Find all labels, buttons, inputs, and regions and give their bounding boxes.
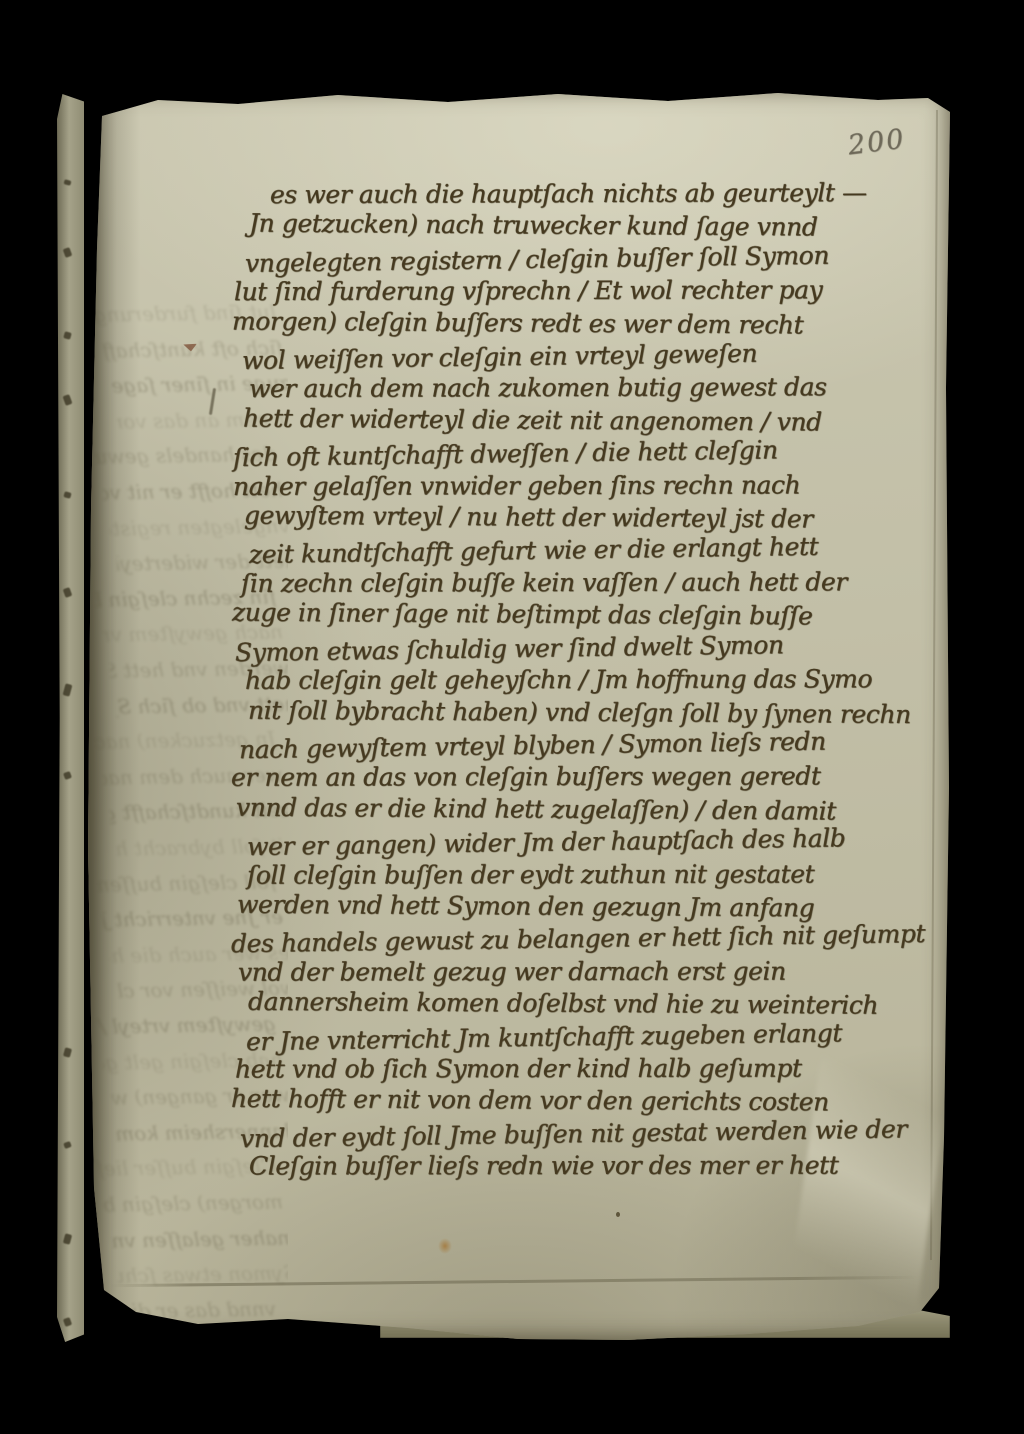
manuscript-text-line: naher gelaſſen vnwider geben ſins rechn … — [233, 469, 948, 503]
manuscript-text-line: lut ſind furderung vſprechn / Et wol rec… — [234, 274, 948, 309]
ink-tick-mark — [63, 587, 73, 598]
ink-tick-mark — [63, 491, 71, 499]
ink-tick-mark — [63, 331, 72, 340]
folio-number: 200 — [846, 125, 907, 162]
ink-tick-mark — [63, 1233, 72, 1244]
ink-tick-mark — [63, 771, 72, 780]
manuscript-text-line: vnd der bemelt gezug wer darnach erst ge… — [238, 955, 948, 989]
photo-backdrop: 200 lut ſind furderung vſprechn / Et wol… — [0, 0, 1024, 1434]
manuscript-text-block: es wer auch die hauptſach nichts ab geur… — [248, 178, 948, 1183]
manuscript-text-line: es wer auch die hauptſach nichts ab geur… — [270, 177, 948, 212]
ink-tick-mark — [63, 1317, 72, 1327]
ink-dot — [616, 1212, 620, 1217]
ink-tick-mark — [63, 683, 73, 696]
bleed-through-text: morgen) cleſgin buſſers redt es wer dem … — [103, 1188, 283, 1219]
manuscript-text-line: wer er gangen) wider Jm der hauptſach de… — [247, 821, 948, 864]
manuscript-text-line: ſoll cleſgin buſſen der eydt zuthun nit … — [247, 858, 948, 892]
stain-spot — [438, 1238, 452, 1254]
manuscript-text-line: wer auch dem nach zukomen butig gewest d… — [249, 371, 948, 406]
manuscript-text-line: ſin zechn cleſgin buſſe kein vaſſen / au… — [241, 566, 948, 600]
previous-page-edge — [57, 94, 84, 1342]
ink-tick-mark — [63, 394, 73, 406]
ink-tick-mark — [63, 179, 71, 186]
bleed-through-text: Symon etwas ſchuldig wer ſind dwelt Symo… — [117, 1260, 288, 1291]
bleed-through-text: vnnd das er die kind hett zugelaſſen) / … — [96, 1295, 276, 1326]
manuscript-text-line: hett vnd ob ſich Symon der kind halb geſ… — [235, 1052, 948, 1086]
ink-tick-mark — [63, 1047, 72, 1058]
bleed-through-text: naher gelaſſen vnwider geben ſins rechn … — [110, 1224, 288, 1255]
ink-tick-mark — [63, 247, 73, 258]
manuscript-page: 200 lut ſind furderung vſprechn / Et wol… — [88, 88, 950, 1346]
manuscript-text-line: hab cleſgin gelt geheyſchn / Jm hoffnung… — [245, 663, 948, 697]
manuscript-text-line: er nem an das von cleſgin buſſers wegen … — [231, 760, 948, 794]
manuscript-text-line: Cleſgin buſſer lieſs redn wie vor des me… — [249, 1150, 948, 1183]
ink-tick-mark — [63, 1141, 72, 1149]
